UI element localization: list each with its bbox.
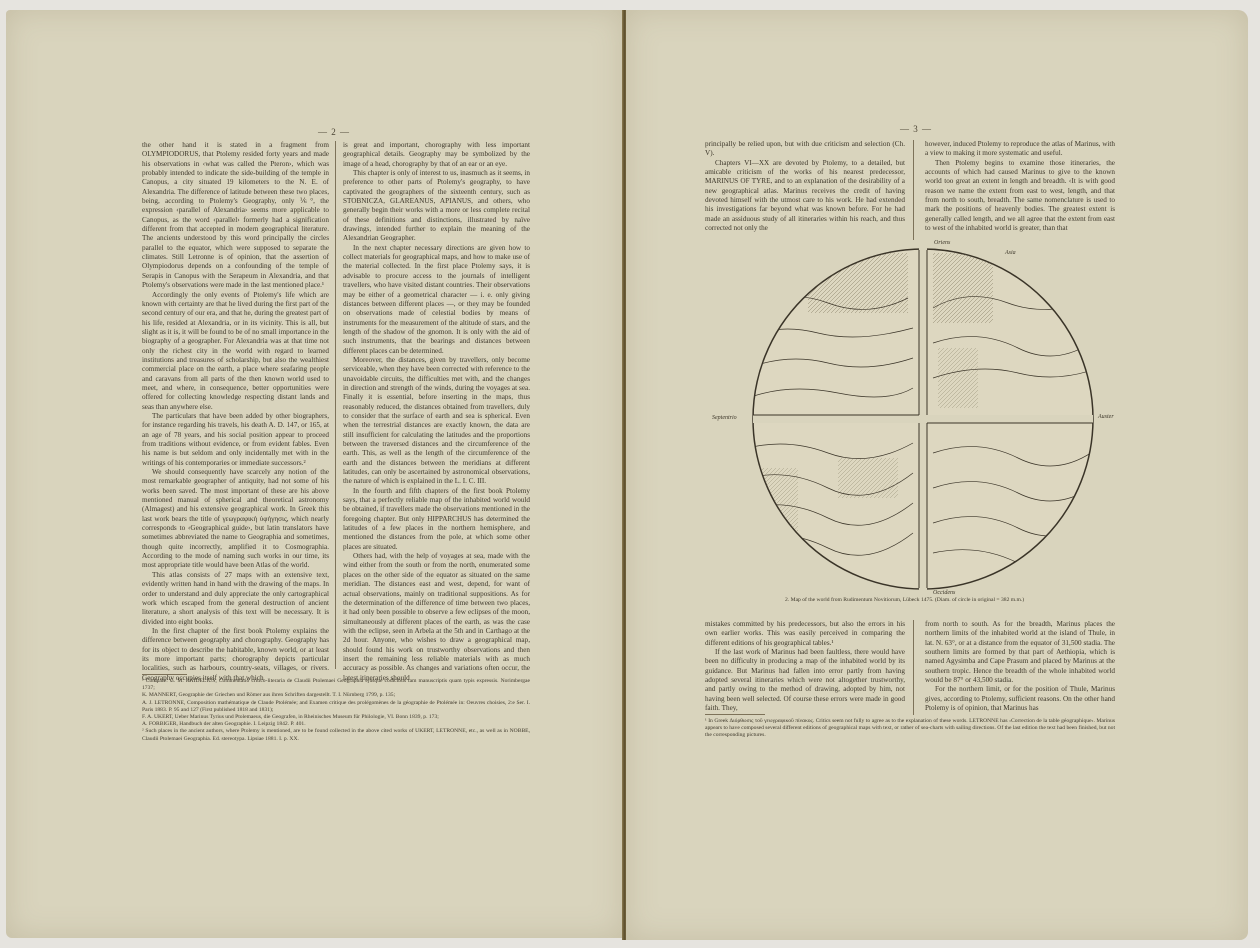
left-footnotes: ¹ Compare: G. M. RAIDELIUS, Commentatio … — [142, 678, 530, 743]
column-divider — [913, 140, 914, 240]
paragraph: principally be relied upon, but with due… — [705, 140, 905, 159]
paragraph: Then Ptolemy begins to examine those iti… — [925, 159, 1115, 234]
paragraph: If the last work of Marinus had been fau… — [705, 648, 905, 713]
footnote: ² Such places in the ancient authors, wh… — [142, 728, 530, 742]
right-top-column-1: principally be relied upon, but with due… — [705, 140, 905, 233]
paragraph: however, induced Ptolemy to reproduce th… — [925, 140, 1115, 159]
paragraph: We should consequently have scarcely any… — [142, 468, 329, 571]
map-label-top-right: Asia — [1005, 250, 1016, 256]
paragraph: Accordingly the only events of Ptolemy's… — [142, 291, 329, 412]
page-number-left: — 2 — — [318, 127, 350, 137]
paragraph: In the fourth and fifth chapters of the … — [343, 487, 530, 552]
footnote: A. J. LETRONNE, Composition mathématique… — [142, 700, 530, 714]
footnote-rule — [142, 674, 187, 675]
left-column-1: the other hand it is stated in a fragmen… — [142, 141, 329, 683]
column-divider — [335, 141, 336, 669]
paragraph: In the next chapter necessary directions… — [343, 244, 530, 356]
paragraph: the other hand it is stated in a fragmen… — [142, 141, 329, 291]
paragraph: mistakes committed by his predecessors, … — [705, 620, 905, 648]
right-bottom-column-2: from north to south. As for the breadth,… — [925, 620, 1115, 713]
right-bottom-column-1: mistakes committed by his predecessors, … — [705, 620, 905, 713]
footnote-rule — [705, 714, 765, 715]
footnote: K. MANNERT, Geographie der Griechen und … — [142, 692, 530, 699]
left-column-2: is great and important, chorography with… — [343, 141, 530, 683]
paragraph: from north to south. As for the breadth,… — [925, 620, 1115, 685]
page-number-right: — 3 — — [900, 124, 932, 134]
footnote: F. A. UKERT, Ueber Marinus Tyrius und Pt… — [142, 714, 530, 721]
footnote: ¹ Compare: G. M. RAIDELIUS, Commentatio … — [142, 678, 530, 692]
paragraph: Others had, with the help of voyages at … — [343, 552, 530, 683]
paragraph: This atlas consists of 27 maps with an e… — [142, 571, 329, 627]
right-top-column-2: however, induced Ptolemy to reproduce th… — [925, 140, 1115, 233]
map-label-left: Septentrio — [712, 415, 737, 421]
right-footnotes: ¹ In Greek Διόρθωσις τοῦ γεωγραφικοῦ πίν… — [705, 718, 1115, 740]
column-divider — [913, 620, 914, 715]
map-label-right: Auster — [1098, 414, 1114, 420]
paragraph: For the northern limit, or for the posit… — [925, 685, 1115, 713]
figure-caption: 2. Map of the world from Rudimentum Novi… — [785, 597, 1115, 603]
paragraph: Moreover, the distances, given by travel… — [343, 356, 530, 487]
paragraph: This chapter is only of interest to us, … — [343, 169, 530, 244]
paragraph: The particulars that have been added by … — [142, 412, 329, 468]
map-label-top: Oriens — [934, 240, 950, 246]
paragraph: is great and important, chorography with… — [343, 141, 530, 169]
footnote: ¹ In Greek Διόρθωσις τοῦ γεωγραφικοῦ πίν… — [705, 718, 1115, 740]
world-map-figure — [748, 248, 1098, 590]
paragraph: Chapters VI—XX are devoted by Ptolemy, t… — [705, 159, 905, 234]
map-label-bottom: Occidens — [933, 590, 955, 596]
